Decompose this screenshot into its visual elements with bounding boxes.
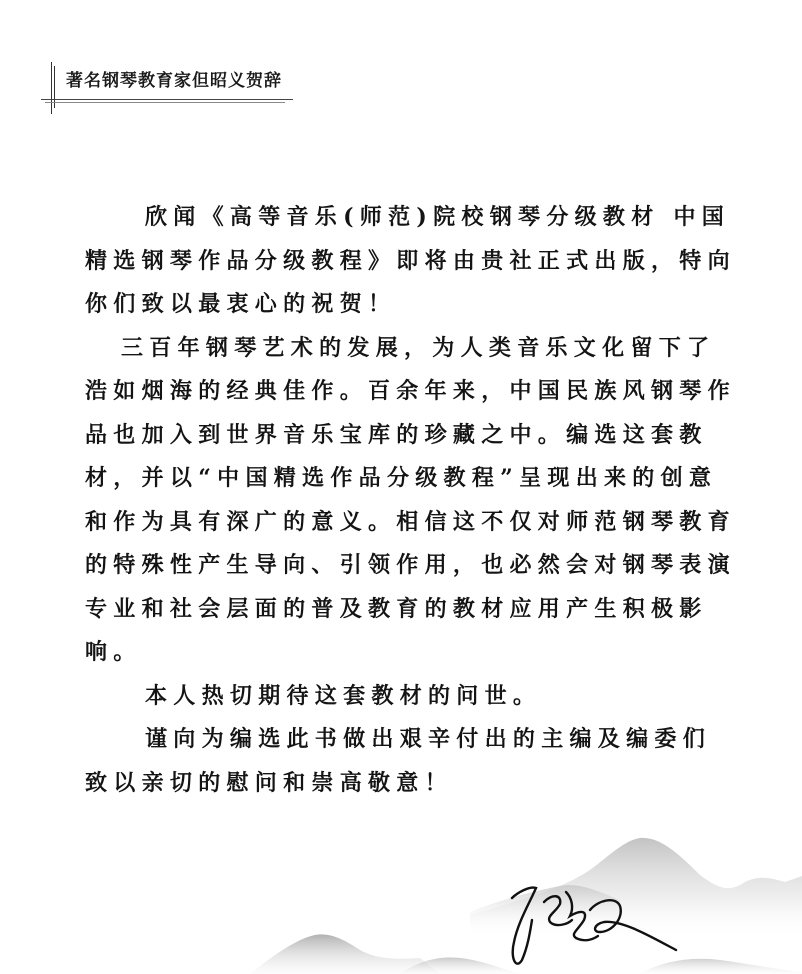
text-line: 你们致以最衷心的祝贺！ [85, 283, 695, 327]
paragraph-2: 三百年钢琴艺术的发展，为人类音乐文化留下了 浩如烟海的经典佳作。百余年来，中国民… [85, 327, 695, 675]
page-title: 著名钢琴教育家但昭义贺辞 [66, 66, 282, 91]
text-line: 谨向为编选此书做出艰辛付出的主编及编委们 [85, 718, 695, 762]
text-line: 精选钢琴作品分级教程》即将由贵社正式出版，特向 [85, 240, 695, 284]
header-horizontal-rule-2 [45, 102, 285, 103]
text-line: 专业和社会层面的普及教育的教材应用产生积极影 [85, 588, 695, 632]
header-vertical-rule-1 [51, 62, 52, 114]
section-header: 著名钢琴教育家但昭义贺辞 [0, 0, 320, 130]
header-horizontal-rule-1 [41, 99, 293, 100]
paragraph-3: 本人热切期待这套教材的问世。 [85, 675, 695, 719]
text-line: 品也加入到世界音乐宝库的珍藏之中。编选这套教 [85, 414, 695, 458]
signature [500, 880, 700, 974]
text-line: 欣闻《高等音乐(师范)院校钢琴分级教材 中国 [85, 196, 695, 240]
text-line: 本人热切期待这套教材的问世。 [85, 675, 695, 719]
text-line: 的特殊性产生导向、引领作用，也必然会对钢琴表演 [85, 544, 695, 588]
text-line: 材，并以“中国精选作品分级教程”呈现出来的创意 [85, 457, 695, 501]
paragraph-1: 欣闻《高等音乐(师范)院校钢琴分级教材 中国 精选钢琴作品分级教程》即将由贵社正… [85, 196, 695, 327]
text-line: 和作为具有深广的意义。相信这不仅对师范钢琴教育 [85, 501, 695, 545]
text-line: 三百年钢琴艺术的发展，为人类音乐文化留下了 [85, 327, 695, 371]
letter-body: 欣闻《高等音乐(师范)院校钢琴分级教材 中国 精选钢琴作品分级教程》即将由贵社正… [85, 196, 695, 805]
text-line: 致以亲切的慰问和崇高敬意！ [85, 762, 695, 806]
text-line: 响。 [85, 631, 695, 675]
paragraph-4: 谨向为编选此书做出艰辛付出的主编及编委们 致以亲切的慰问和崇高敬意！ [85, 718, 695, 805]
text-line: 浩如烟海的经典佳作。百余年来，中国民族风钢琴作 [85, 370, 695, 414]
